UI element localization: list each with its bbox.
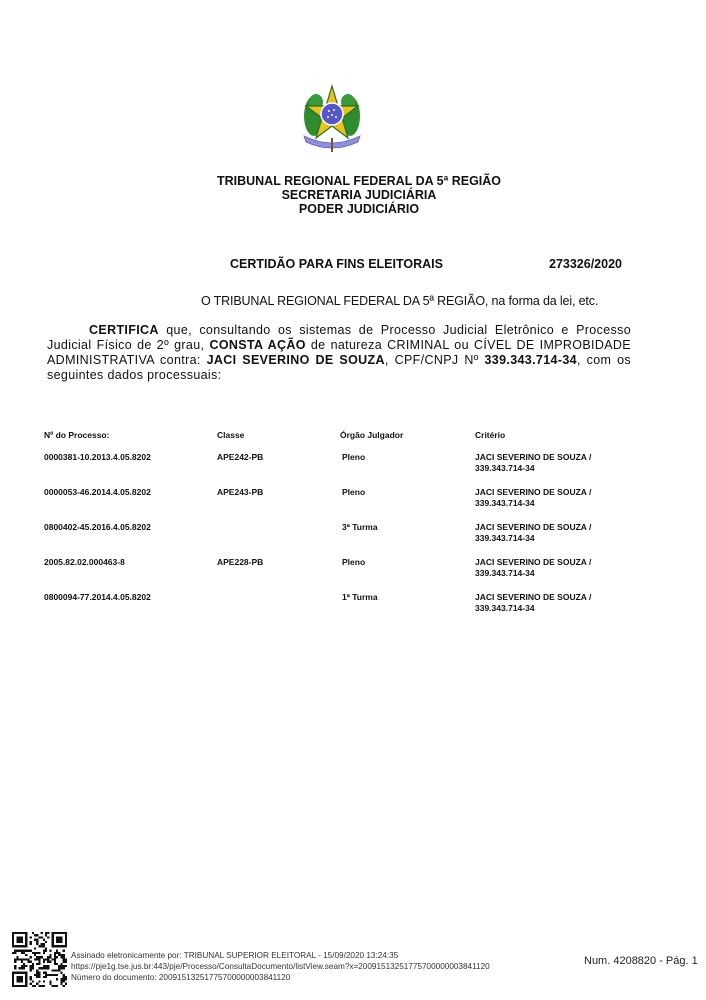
process-table: Nº do Processo: Classe Órgão Julgador Cr… [44,430,645,627]
criterion-cpf: 339.343.714-34 [475,603,645,614]
secretariat-heading: SECRETARIA JUDICIÁRIA [6,188,706,202]
table-row: 0000053-46.2014.4.05.8202APE243-PBPlenoJ… [44,487,645,522]
certificate-number: 273326/2020 [549,257,622,271]
defendant-cpf: 339.343.714-34 [484,353,576,367]
judging-body-cell: Pleno [340,452,475,487]
defendant-name: JACI SEVERINO DE SOUZA [207,353,385,367]
criterion-cell: JACI SEVERINO DE SOUZA /339.343.714-34 [475,557,645,592]
judging-body-cell: 1ª Turma [340,592,475,627]
criterion-cell: JACI SEVERINO DE SOUZA /339.343.714-34 [475,522,645,557]
criterion-cpf: 339.343.714-34 [475,533,645,544]
table-row: 0800094-77.2014.4.05.82021ª TurmaJACI SE… [44,592,645,627]
qr-code-icon [12,932,67,987]
judging-body-cell: Pleno [340,557,475,592]
process-number-cell: 0800402-45.2016.4.05.8202 [44,522,217,557]
body-text: , CPF/CNPJ Nº [385,353,485,367]
signature-footer: Assinado eletronicamente por: TRIBUNAL S… [71,950,490,983]
court-name-heading: TRIBUNAL REGIONAL FEDERAL DA 5ª REGIÃO [6,174,706,188]
process-number-cell: 0000053-46.2014.4.05.8202 [44,487,217,522]
table-row: 0800402-45.2016.4.05.82023ª TurmaJACI SE… [44,522,645,557]
criterion-name: JACI SEVERINO DE SOUZA / [475,557,645,568]
header-processo: Nº do Processo: [44,430,217,452]
criterion-cpf: 339.343.714-34 [475,463,645,474]
class-cell [217,522,340,557]
process-number-cell: 0000381-10.2013.4.05.8202 [44,452,217,487]
class-cell [217,592,340,627]
header-criterio: Critério [475,430,645,452]
criterion-name: JACI SEVERINO DE SOUZA / [475,487,645,498]
header-orgao: Órgão Julgador [340,430,475,452]
criterion-name: JACI SEVERINO DE SOUZA / [475,592,645,603]
criterion-cell: JACI SEVERINO DE SOUZA /339.343.714-34 [475,592,645,627]
certificate-title: CERTIDÃO PARA FINS ELEITORAIS [230,257,443,271]
certifica-keyword: CERTIFICA [89,323,159,337]
table-header-row: Nº do Processo: Classe Órgão Julgador Cr… [44,430,645,452]
judging-body-cell: 3ª Turma [340,522,475,557]
intro-line: O TRIBUNAL REGIONAL FEDERAL DA 5ª REGIÃO… [201,294,598,308]
process-number-cell: 2005.82.02.000463-8 [44,557,217,592]
class-cell: APE242-PB [217,452,340,487]
process-number-cell: 0800094-77.2014.4.05.8202 [44,592,217,627]
verification-url[interactable]: https://pje1g.tse.jus.br:443/pje/Process… [71,961,490,972]
class-cell: APE243-PB [217,487,340,522]
judging-body-cell: Pleno [340,487,475,522]
class-cell: APE228-PB [217,557,340,592]
judiciary-heading: PODER JUDICIÁRIO [6,202,706,216]
criterion-name: JACI SEVERINO DE SOUZA / [475,522,645,533]
signed-by-text: Assinado eletronicamente por: TRIBUNAL S… [71,950,490,961]
criterion-cpf: 339.343.714-34 [475,498,645,509]
criterion-cpf: 339.343.714-34 [475,568,645,579]
consta-acao-keyword: CONSTA AÇÃO [209,338,305,352]
certification-paragraph: CERTIFICA que, consultando os sistemas d… [47,323,631,383]
criterion-cell: JACI SEVERINO DE SOUZA /339.343.714-34 [475,487,645,522]
criterion-name: JACI SEVERINO DE SOUZA / [475,452,645,463]
table-row: 2005.82.02.000463-8APE228-PBPlenoJACI SE… [44,557,645,592]
document-number: Número do documento: 2009151325177570000… [71,972,490,983]
header-classe: Classe [217,430,340,452]
brazil-coat-of-arms-icon [296,80,368,154]
page-number: Num. 4208820 - Pág. 1 [584,955,698,967]
table-row: 0000381-10.2013.4.05.8202APE242-PBPlenoJ… [44,452,645,487]
criterion-cell: JACI SEVERINO DE SOUZA /339.343.714-34 [475,452,645,487]
